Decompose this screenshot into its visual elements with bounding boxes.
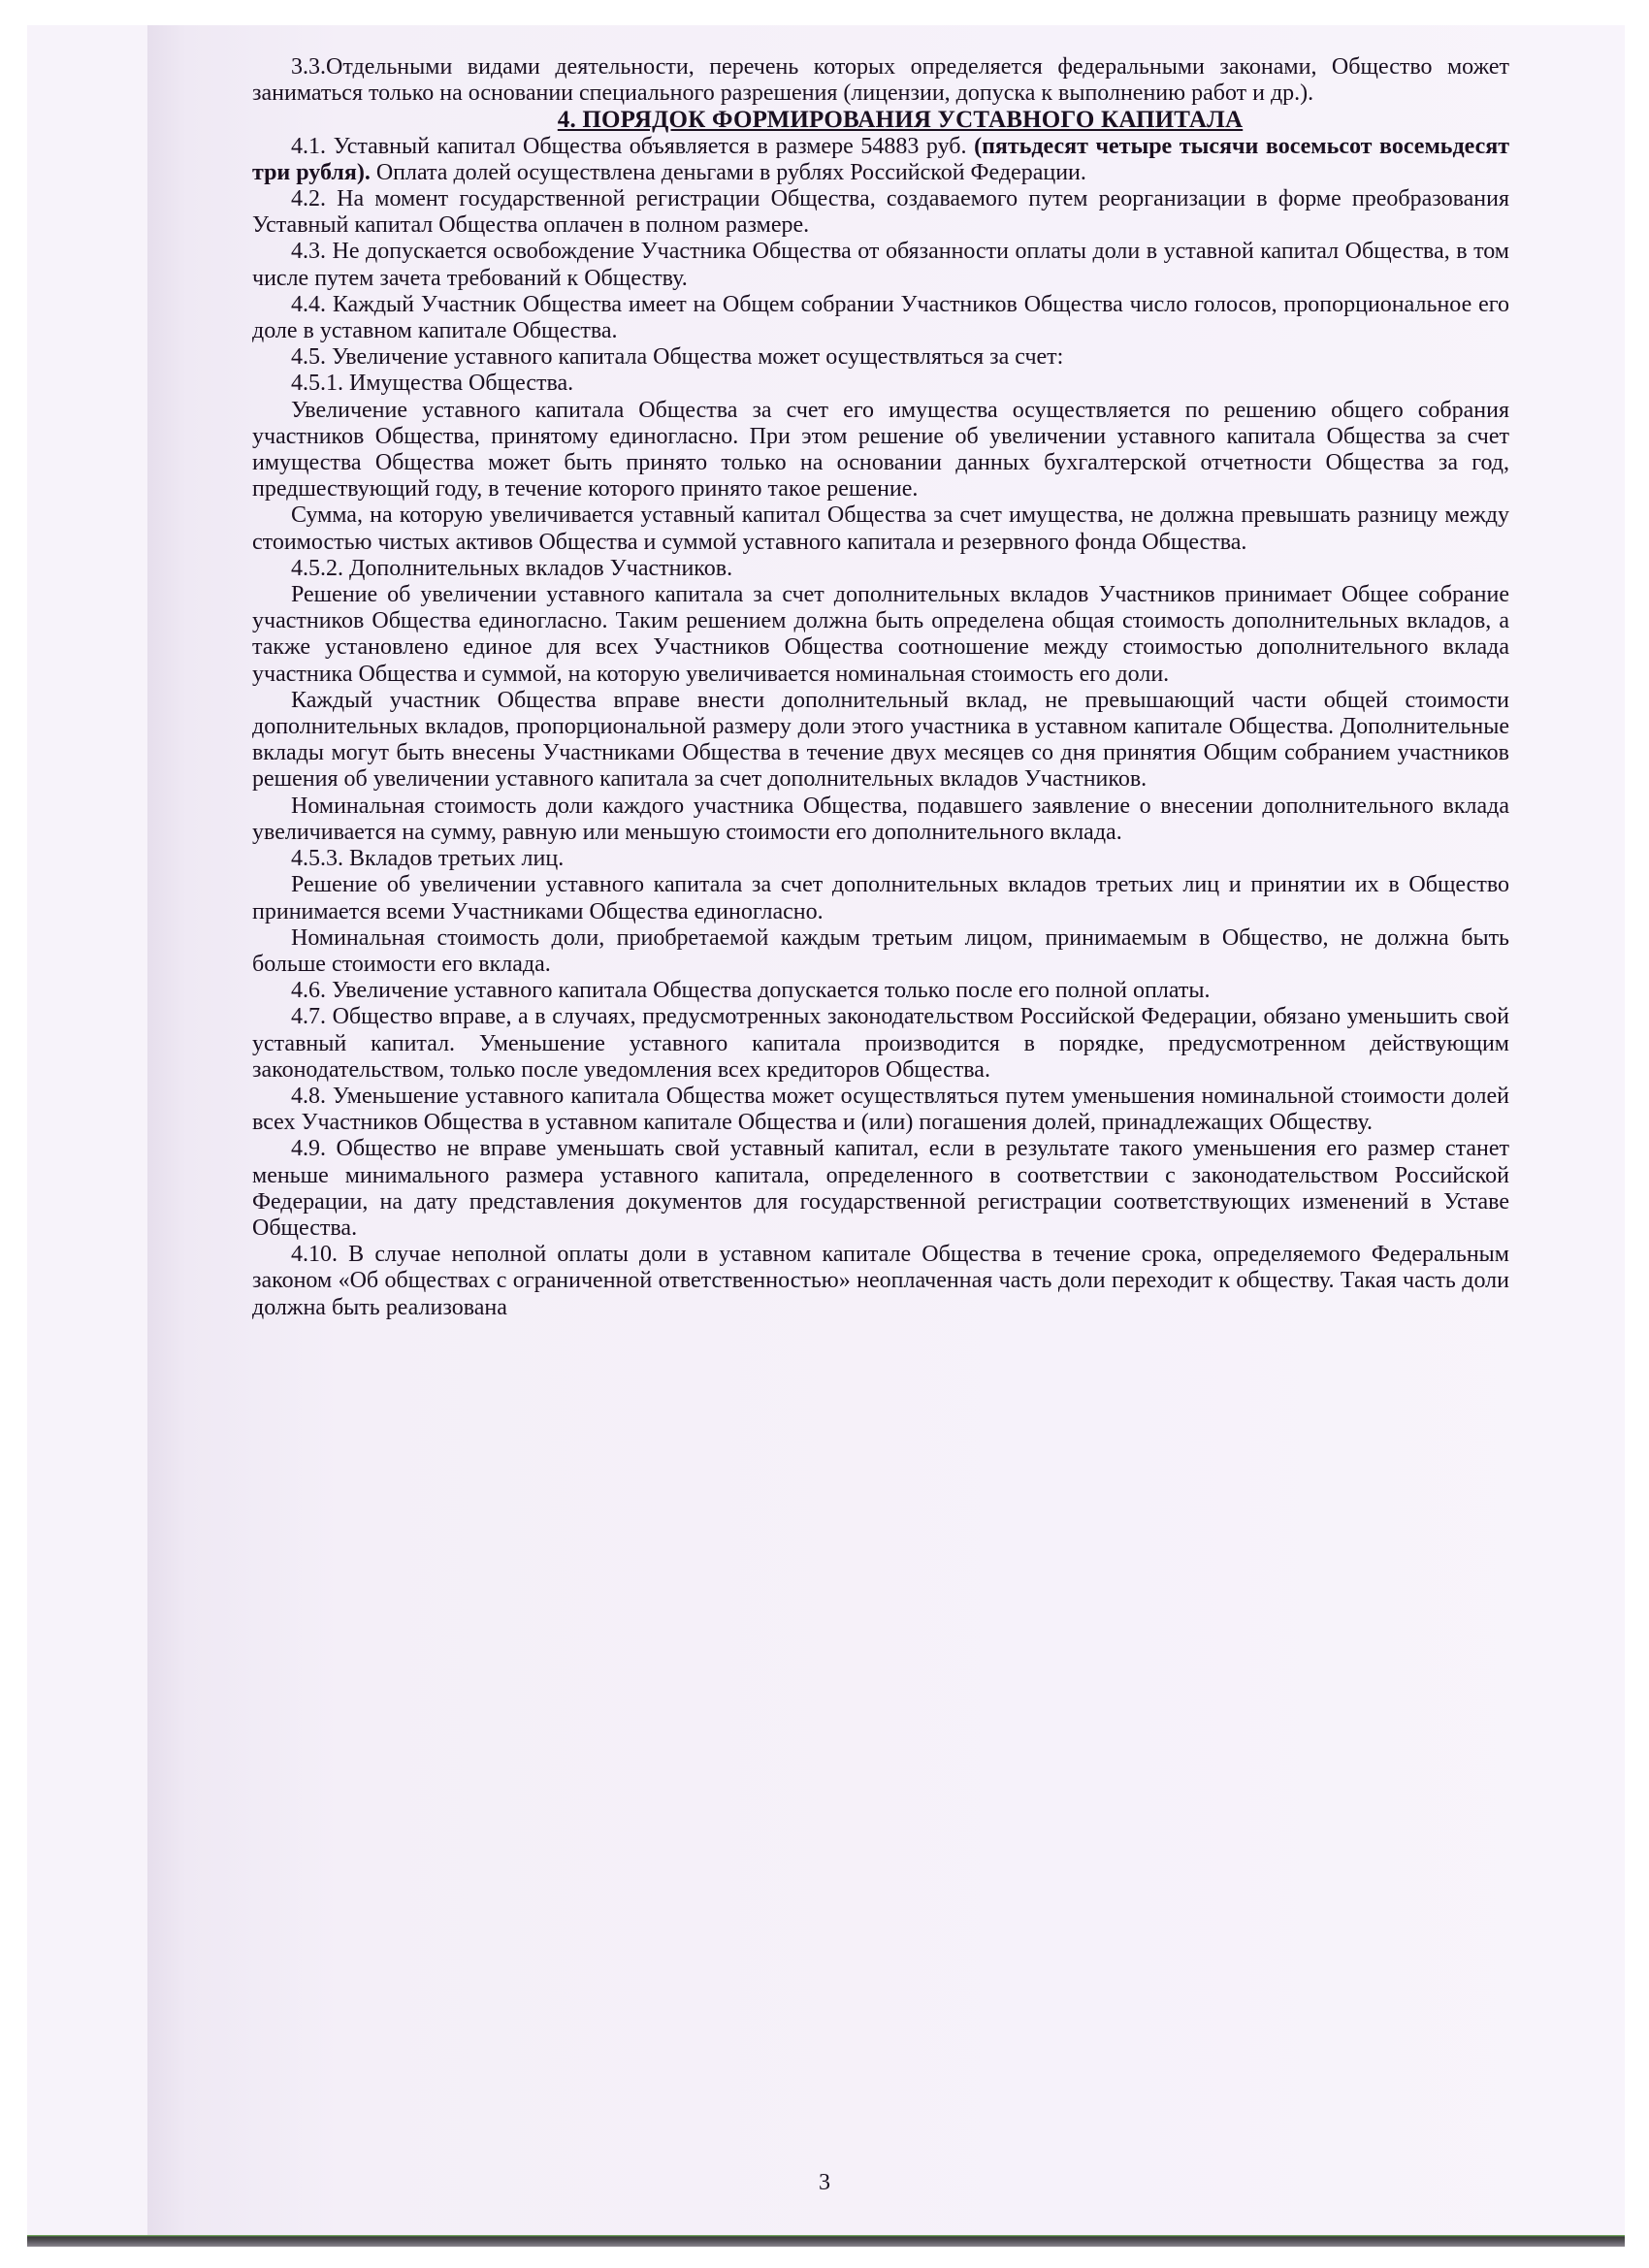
paragraph-4-8: 4.8. Уменьшение уставного капитала Общес… <box>252 1084 1509 1136</box>
paragraph-4-5-3-body-b: Номинальная стоимость доли, приобретаемо… <box>252 925 1509 978</box>
paragraph-4-9: 4.9. Общество не вправе уменьшать свой у… <box>252 1136 1509 1242</box>
scan-bottom-edge <box>27 2235 1625 2247</box>
paragraph-4-5-1: 4.5.1. Имущества Общества. <box>252 371 1509 397</box>
paragraph-4-1: 4.1. Уставный капитал Общества объявляет… <box>252 134 1509 186</box>
paragraph-4-5: 4.5. Увеличение уставного капитала Общес… <box>252 344 1509 371</box>
paragraph-4-4: 4.4. Каждый Участник Общества имеет на О… <box>252 292 1509 344</box>
paragraph-4-5-2: 4.5.2. Дополнительных вкладов Участников… <box>252 556 1509 582</box>
section-title: 4. ПОРЯДОК ФОРМИРОВАНИЯ УСТАВНОГО КАПИТА… <box>252 107 1509 133</box>
paragraph-4-5-1-body-b: Сумма, на которую увеличивается уставный… <box>252 502 1509 555</box>
paragraph-4-3: 4.3. Не допускается освобождение Участни… <box>252 239 1509 291</box>
paragraph-4-5-3-body-a: Решение об увеличении уставного капитала… <box>252 872 1509 924</box>
paragraph-4-10: 4.10. В случае неполной оплаты доли в ус… <box>252 1242 1509 1321</box>
paragraph-4-5-2-body-c: Номинальная стоимость доли каждого участ… <box>252 794 1509 846</box>
paragraph-3-3: 3.3.Отдельными видами деятельности, пере… <box>252 54 1509 107</box>
paragraph-4-5-2-body-b: Каждый участник Общества вправе внести д… <box>252 688 1509 794</box>
paragraph-4-1-start: 4.1. Уставный капитал Общества объявляет… <box>291 134 974 159</box>
document-body: 3.3.Отдельными видами деятельности, пере… <box>252 54 1509 1321</box>
paragraph-4-7: 4.7. Общество вправе, а в случаях, преду… <box>252 1004 1509 1084</box>
scan-left-margin-strip <box>27 25 147 2235</box>
paragraph-4-5-2-body-a: Решение об увеличении уставного капитала… <box>252 582 1509 688</box>
paragraph-4-5-1-body-a: Увеличение уставного капитала Общества з… <box>252 398 1509 503</box>
paragraph-4-5-3: 4.5.3. Вкладов третьих лиц. <box>252 846 1509 872</box>
page-number: 3 <box>0 2170 1649 2196</box>
paragraph-4-1-end: Оплата долей осуществлена деньгами в руб… <box>371 160 1086 185</box>
paragraph-4-2: 4.2. На момент государственной регистрац… <box>252 186 1509 239</box>
paragraph-4-6: 4.6. Увеличение уставного капитала Общес… <box>252 978 1509 1004</box>
